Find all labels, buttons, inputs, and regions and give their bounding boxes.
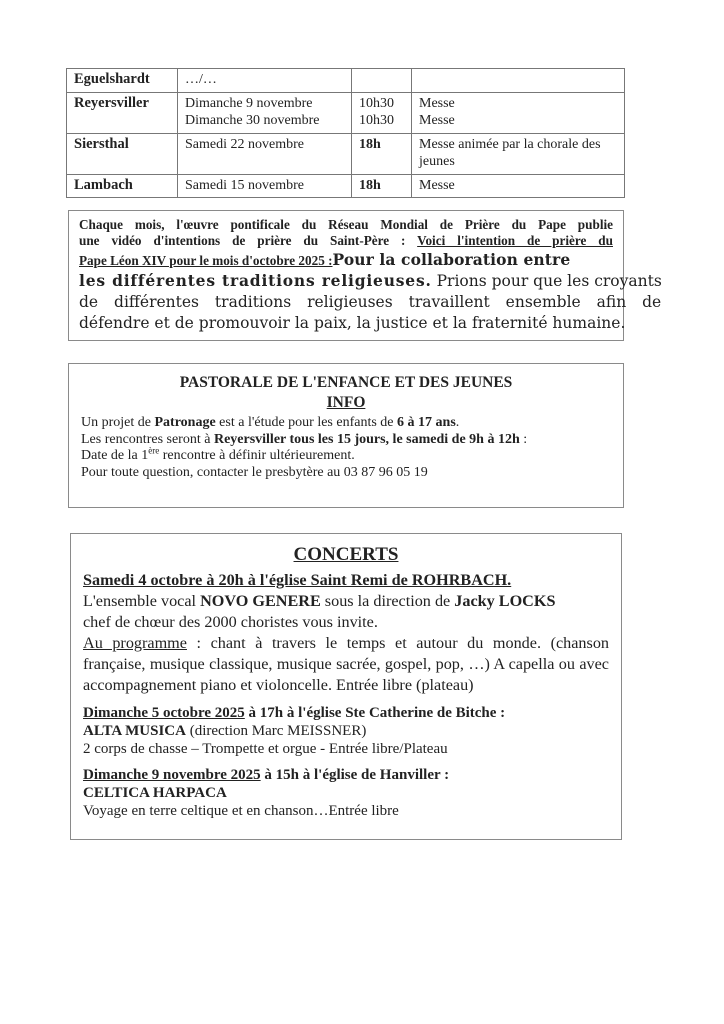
location-cell: Lambach [67,175,178,198]
prayer-body-line: défendre et de promouvoir la paix, la ju… [79,313,613,334]
concert-heading: Samedi 4 octobre à 20h à l'église Saint … [83,570,609,591]
event-cell: Messe animée par la chorale des jeunes [412,134,625,175]
ensemble-name: ALTA MUSICA [83,723,186,739]
program-label: Au programme [83,634,187,652]
text-bold: Reyersviller tous les 15 jours, le samed… [214,432,520,447]
text: (direction Marc MEISSNER) [186,723,366,739]
text: est a l'étude pour les enfants de [216,415,397,430]
prayer-title: Pour la collaboration entre [333,249,571,270]
text: . [456,415,460,430]
table-row: Lambach Samedi 15 novembre 18h Messe [67,175,625,198]
superscript: ère [148,445,159,455]
date-cell: Samedi 22 novembre [178,134,352,175]
prayer-title-cont: les différentes traditions religieuses. [79,271,432,290]
location-cell: Siersthal [67,134,178,175]
table-row: Reyersviller Dimanche 9 novembre Dimanch… [67,93,625,134]
text-bold: Patronage [154,415,215,430]
pastorale-box: PASTORALE DE L'ENFANCE ET DES JEUNES INF… [68,363,624,508]
prayer-intro-line: une vidéo d'intentions de prière du Sain… [79,233,613,249]
pastorale-subtitle: INFO [81,393,611,413]
concert-line: L'ensemble vocal NOVO GENERE sous la dir… [83,591,609,612]
ensemble-name: NOVO GENERE [200,592,321,610]
date-cell: Dimanche 9 novembre Dimanche 30 novembre [178,93,352,134]
pastorale-line: Les rencontres seront à Reyersviller tou… [81,432,611,449]
text: rencontre à définir ultérieurement. [159,448,355,463]
event-line: Messe [419,95,616,112]
concert-line: Voyage en terre celtique et en chanson…E… [83,802,609,820]
concert-date: Dimanche 5 octobre 2025 [83,705,245,721]
time-line: 10h30 [359,112,403,129]
text: Date de la 1 [81,448,148,463]
pastorale-contact-line: Pour toute question, contacter le presby… [81,465,611,482]
prayer-body: Prions pour que les croyants [432,272,662,290]
concerts-title: CONCERTS [83,542,609,568]
prayer-title-line: Pape Léon XIV pour le mois d'octobre 202… [79,249,613,270]
concert-heading: Dimanche 9 novembre 2025 à 15h à l'églis… [83,766,609,784]
location-cell: Reyersviller [67,93,178,134]
concert-place: à 17h à l'église Ste Catherine de Bitche… [245,705,505,721]
concert-date: Dimanche 9 novembre 2025 [83,767,261,783]
director-name: Jacky LOCKS [454,592,555,610]
text: sous la direction de [321,592,455,610]
time-cell: 18h [352,175,412,198]
date-cell: …/… [178,69,352,93]
mass-schedule-table: Eguelshardt …/… Reyersviller Dimanche 9 … [66,68,625,198]
table-row: Siersthal Samedi 22 novembre 18h Messe a… [67,134,625,175]
pastorale-line: Date de la 1ère rencontre à définir ulté… [81,448,611,465]
prayer-intro-text: une vidéo d'intentions de prière du Sain… [79,233,417,248]
text: L'ensemble vocal [83,592,200,610]
concert-item: Dimanche 5 octobre 2025 à 17h à l'église… [83,704,609,758]
time-cell: 10h30 10h30 [352,93,412,134]
concert-item: Dimanche 9 novembre 2025 à 15h à l'églis… [83,766,609,820]
text: : [520,432,527,447]
pastorale-line: Un projet de Patronage est a l'étude pou… [81,415,611,432]
pastorale-title: PASTORALE DE L'ENFANCE ET DES JEUNES [81,373,611,393]
event-cell: Messe Messe [412,93,625,134]
prayer-intention-box: Chaque mois, l'œuvre pontificale du Rése… [68,210,624,341]
event-cell [412,69,625,93]
ensemble-name: CELTICA HARPACA [83,784,609,802]
date-cell: Samedi 15 novembre [178,175,352,198]
concert-item: Samedi 4 octobre à 20h à l'église Saint … [83,570,609,696]
prayer-body-line: les différentes traditions religieuses. … [79,270,613,292]
prayer-intro-line: Chaque mois, l'œuvre pontificale du Rése… [79,217,613,233]
text-bold: 6 à 17 ans [397,415,456,430]
time-line: 10h30 [359,95,403,112]
event-cell: Messe [412,175,625,198]
prayer-intro-underlined: Voici l'intention de prière du [417,233,613,248]
location-cell: Eguelshardt [67,69,178,93]
concert-line: chef de chœur des 2000 choristes vous in… [83,612,609,633]
prayer-month-label: Pape Léon XIV pour le mois d'octobre 202… [79,253,333,269]
date-line: Dimanche 30 novembre [185,112,343,129]
concert-line: 2 corps de chasse – Trompette et orgue -… [83,740,609,758]
text: Un projet de [81,415,154,430]
time-cell: 18h [352,134,412,175]
concert-program: Au programme : chant à travers le temps … [83,633,609,696]
concert-place: à 15h à l'église de Hanviller : [261,767,449,783]
text: Les rencontres seront à [81,432,214,447]
prayer-body-line: de différentes traditions religieuses tr… [79,292,613,313]
concert-heading: Dimanche 5 octobre 2025 à 17h à l'église… [83,704,609,722]
table-row: Eguelshardt …/… [67,69,625,93]
time-cell [352,69,412,93]
concert-line: ALTA MUSICA (direction Marc MEISSNER) [83,722,609,740]
event-line: Messe [419,112,616,129]
date-line: Dimanche 9 novembre [185,95,343,112]
concerts-box: CONCERTS Samedi 4 octobre à 20h à l'égli… [70,533,622,840]
